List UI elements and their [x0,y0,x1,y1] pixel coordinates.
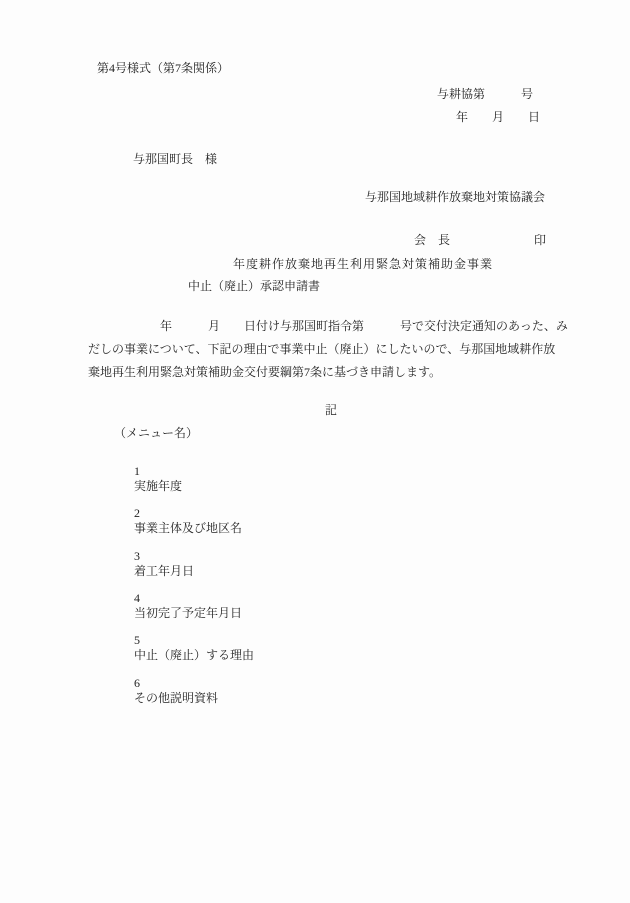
item-number: 4 [134,591,154,607]
item-number: 6 [134,676,154,692]
menu-name-label: （メニュー名） [114,426,198,442]
body-paragraph-line: 年 月 日付け与那国町指令第 号で交付決定通知のあった、み [88,319,568,335]
item-number: 3 [134,549,154,565]
date-line: 年 月 日 [456,110,540,126]
addressee-line: 与那国町長 様 [133,152,217,168]
seal-mark: 印 [534,233,546,247]
doc-title-line-1: 年度耕作放棄地再生利用緊急対策補助金事業 [233,257,493,273]
doc-title-line-2: 中止（廃止）承認申請書 [188,279,320,295]
form-number-line: 第4号様式（第7条関係） [97,61,229,77]
body-paragraph-line: だしの事業について、下記の理由で事業中止（廃止）にしたいので、与那国地域耕作放 [88,342,555,358]
sender-org-line: 与那国地域耕作放棄地対策協議会 [365,190,545,206]
sender-title: 会 長 [414,233,450,247]
item-number: 1 [134,464,154,480]
document-page: 第4号様式（第7条関係） 与耕協第 号 年 月 日 与那国町長 様 与那国地域耕… [0,0,630,903]
item-label: その他説明資料 [134,691,218,705]
item-number: 5 [134,633,154,649]
item-number: 2 [134,506,154,522]
ref-number-line: 与耕協第 号 [437,87,533,103]
section-mark: 記 [325,403,337,419]
list-item-6: 6 その他説明資料 [122,660,218,722]
body-paragraph-line: 棄地再生利用緊急対策補助金交付要綱第7条に基づき申請します。 [88,365,441,381]
